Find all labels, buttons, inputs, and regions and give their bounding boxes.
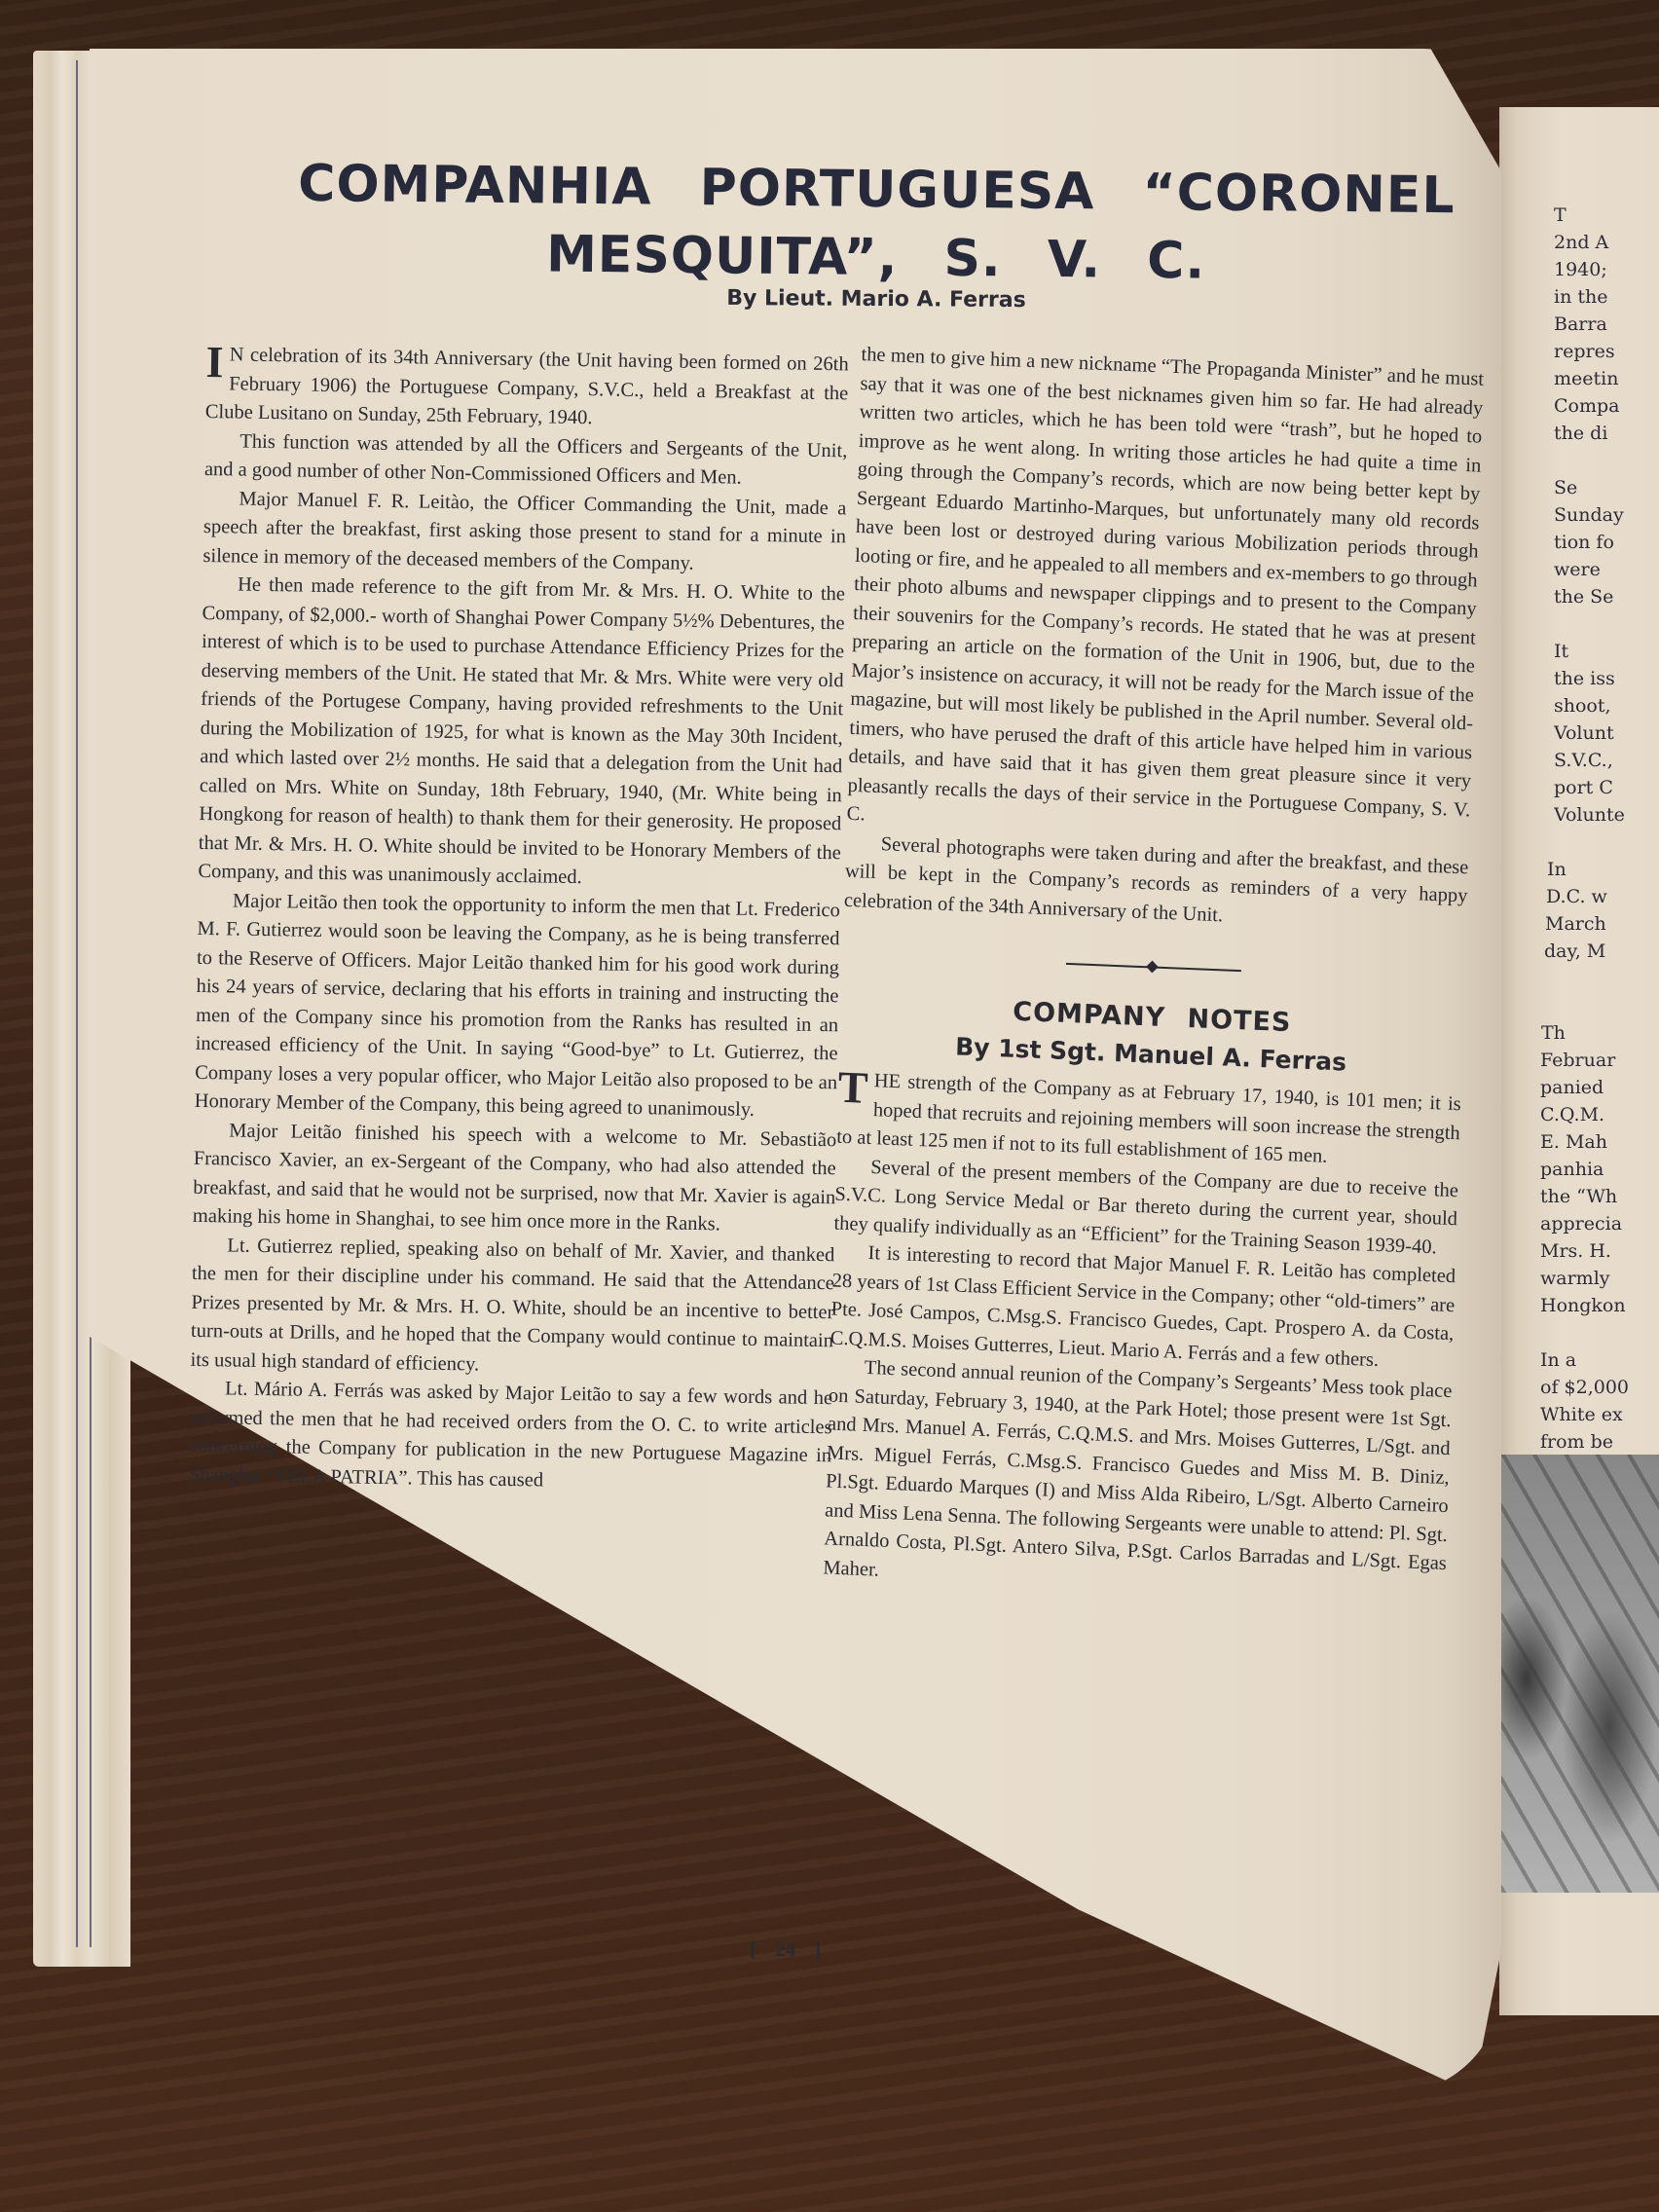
drop-cap: T [837, 1068, 868, 1108]
article-continuation: the men to give him a new nickname “The … [843, 341, 1484, 940]
paragraph-text: It is interesting to record that Major M… [829, 1242, 1456, 1371]
paragraph-text: Major Leitão finished his speech with a … [193, 1120, 837, 1235]
paragraph: IN celebration of its 34th Anniversary (… [205, 341, 849, 437]
paragraph-text: Lt. Gutierrez replied, speaking also on … [190, 1235, 834, 1375]
paragraph: The second annual reunion of the Company… [823, 1352, 1453, 1607]
paragraph: Major Leitão then took the opportunity t… [194, 886, 840, 1125]
article-title-line-1: COMPANHIA PORTUGUESA “CORONEL [292, 150, 1461, 231]
paragraph-text: N celebration of its 34th Anniversary (t… [205, 344, 849, 428]
article-title-line-2: MESQUITA”, S. V. C. [291, 218, 1460, 299]
section-divider [1066, 957, 1241, 977]
paragraph: Lt. Gutierrez replied, speaking also on … [190, 1231, 834, 1384]
paragraph: This function was attended by all the Of… [204, 426, 848, 494]
paragraph-text: This function was attended by all the Of… [204, 430, 848, 489]
paragraph-text: Major Manuel F. R. Leitào, the Officer C… [203, 488, 846, 573]
page-content: COMPANHIA PORTUGUESA “CORONEL MESQUITA”,… [0, 0, 1659, 2212]
article-title: COMPANHIA PORTUGUESA “CORONEL MESQUITA”,… [291, 150, 1460, 299]
paragraph: the men to give him a new nickname “The … [846, 341, 1484, 854]
paragraph-text: the men to give him a new nickname “The … [846, 344, 1484, 826]
paragraph-text: The second annual reunion of the Company… [823, 1357, 1453, 1580]
drop-cap: I [205, 343, 224, 382]
paragraph-text: Major Leitão then took the opportunity t… [195, 890, 841, 1121]
divider-diamond-icon [1146, 961, 1159, 974]
article-byline: By Lieut. Mario A. Ferras [584, 285, 1168, 313]
paragraph: He then made reference to the gift from … [198, 571, 845, 897]
left-column: IN celebration of its 34th Anniversary (… [188, 341, 848, 1499]
company-notes-body: THE strength of the Company as at Februa… [823, 1066, 1461, 1607]
paragraph-text: HE strength of the Company as at Februar… [836, 1070, 1461, 1167]
paragraph: Major Manuel F. R. Leitào, the Officer C… [203, 484, 846, 580]
paragraph: Lt. Mário A. Ferrás was asked by Major L… [188, 1375, 832, 1499]
right-column: the men to give him a new nickname “The … [823, 341, 1485, 1607]
paragraph-text: Lt. Mário A. Ferrás was asked by Major L… [189, 1378, 833, 1491]
paragraph-text: He then made reference to the gift from … [198, 574, 845, 889]
page-number: [ 24 ] [750, 1936, 822, 1962]
paragraph: Major Leitão finished his speech with a … [193, 1116, 837, 1240]
